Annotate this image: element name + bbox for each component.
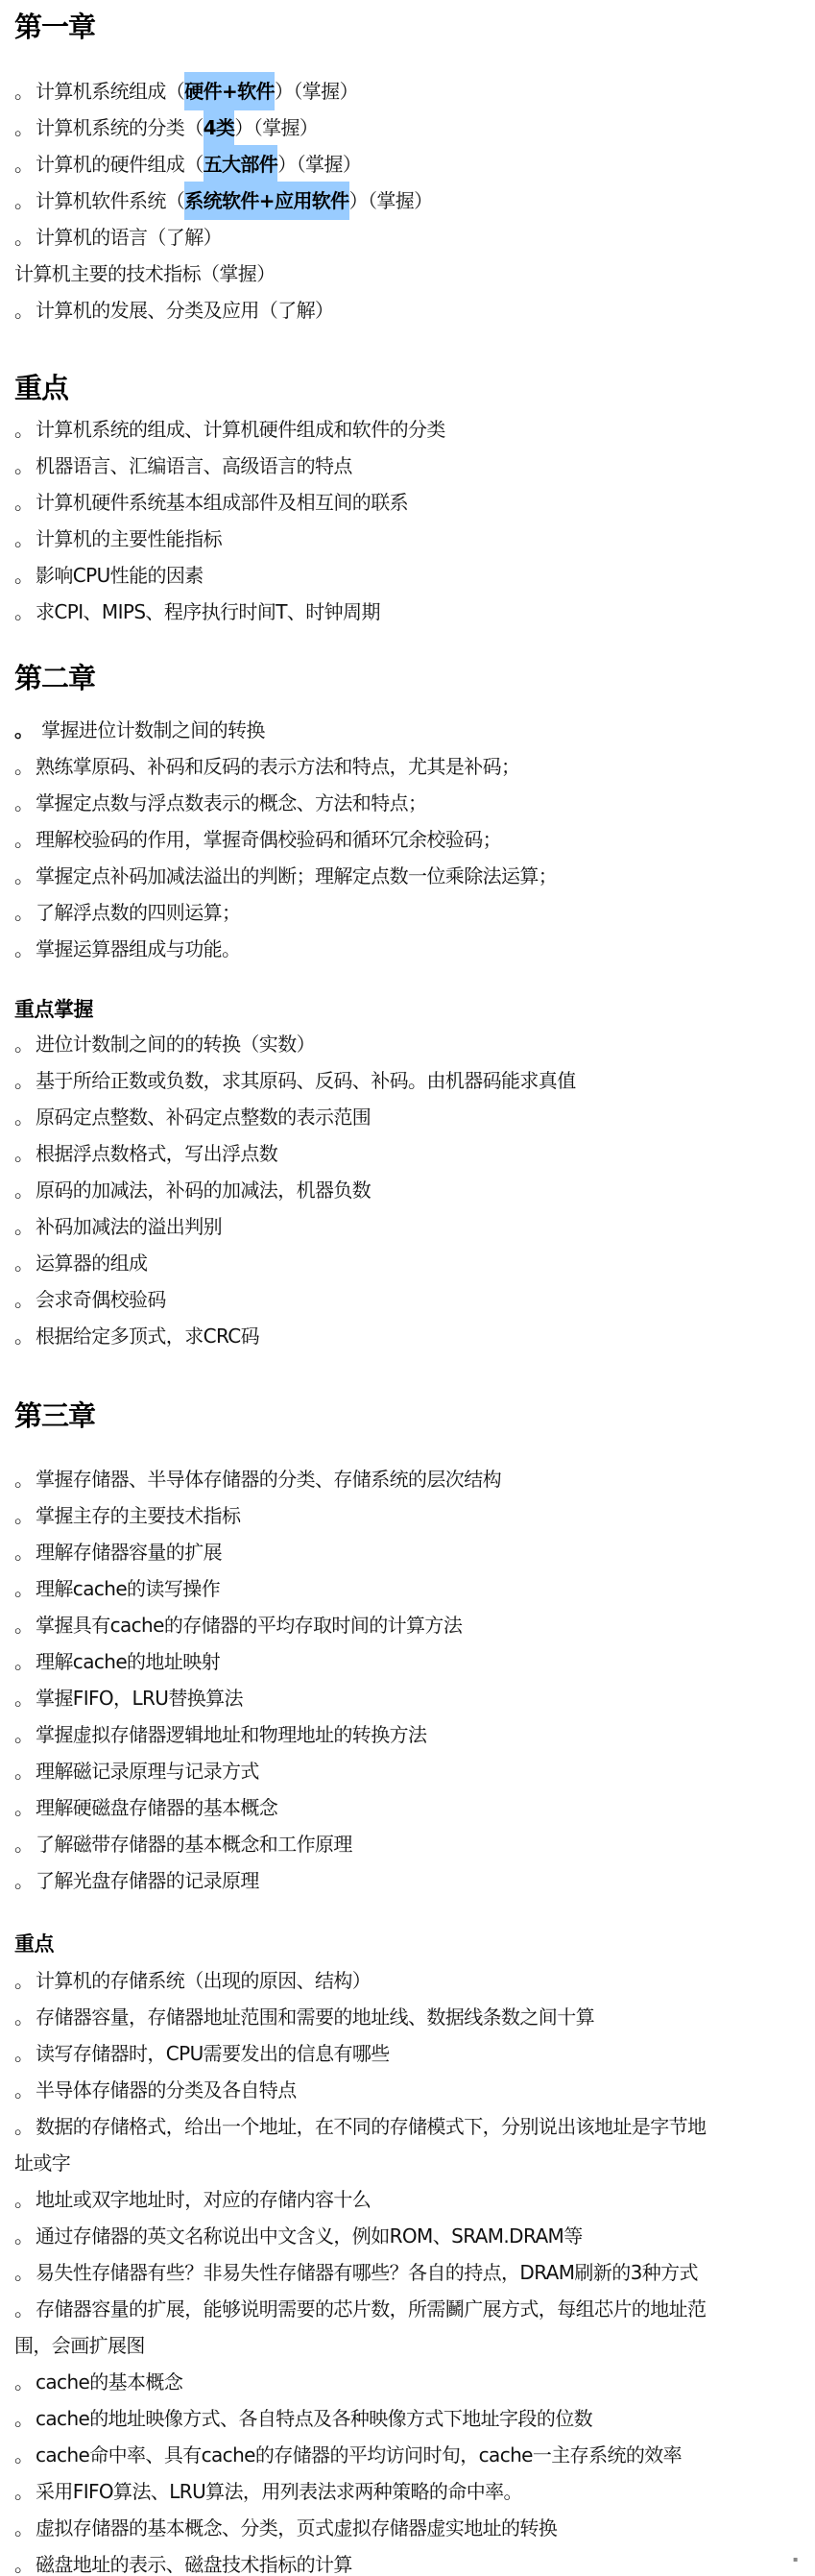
list-item: 。掌握运算器组成与功能。 xyxy=(14,931,805,967)
bullet-icon: 。 xyxy=(14,2400,36,2437)
list-item: 。计算机系统的分类（4类）（掌握） xyxy=(14,109,805,146)
bullet-icon: 。 xyxy=(14,1607,36,1643)
highlighted-text: 系统软件+应用软件 xyxy=(184,182,348,220)
bullet-icon: 。 xyxy=(14,1716,36,1753)
list-item: 。机器语言、汇编语言、高级语言的特点 xyxy=(14,448,805,484)
list-item: 。计算机系统组成（硬件+软件）（掌握） xyxy=(14,73,805,109)
chapter-3-list-section: 。掌握存储器、半导体存储器的分类、存储系统的层次结构 。掌握主存的主要技术指标 … xyxy=(14,1461,805,1899)
bullet-icon: 。 xyxy=(14,1643,36,1680)
bullet-icon: 。 xyxy=(14,1026,36,1062)
list-item: 。了解浮点数的四则运算； xyxy=(14,894,805,931)
list-item: 。掌握具有cache的存储器的平均存取时间的计算方法 xyxy=(14,1607,805,1643)
chapter-1-section: 第一章 xyxy=(14,6,805,48)
bullet-icon: 。 xyxy=(14,2546,36,2576)
list-item: 。存储器容量的扩展，能够说明需要的芯片数，所需鬭广展方式，每组芯片的地址范 xyxy=(14,2291,805,2327)
bullet-icon: 。 xyxy=(14,858,36,894)
highlighted-text: 五大部件 xyxy=(204,145,278,183)
chapter-1-list: 。计算机系统组成（硬件+软件）（掌握） 。计算机系统的分类（4类）（掌握） 。计… xyxy=(14,73,805,328)
chapter-3-list: 。掌握存储器、半导体存储器的分类、存储系统的层次结构 。掌握主存的主要技术指标 … xyxy=(14,1461,805,1899)
list-item: 。理解cache的读写操作 xyxy=(14,1570,805,1607)
list-item: 。存储器容量，存储器地址范围和需要的地址线、数据线条数之间十算 xyxy=(14,1999,805,2035)
bullet-icon: 。 xyxy=(14,411,36,448)
chapter-1-key-points-list: 。计算机系统的组成、计算机硬件组成和软件的分类 。机器语言、汇编语言、高级语言的… xyxy=(14,411,805,630)
list-item: 。求CPI、MIPS、程序执行时间T、时钟周期 xyxy=(14,594,805,630)
list-item: 。理解磁记录原理与记录方式 xyxy=(14,1753,805,1789)
list-item: 。通过存储器的英文名称说出中文含义，例如ROM、SRAM.DRAM等 xyxy=(14,2218,805,2254)
bullet-icon: 。 xyxy=(14,894,36,931)
bullet-icon: 。 xyxy=(14,2218,36,2254)
bullet-icon: 。 xyxy=(14,1318,36,1354)
bullet-icon: 。 xyxy=(14,748,36,785)
bullet-icon: 。 xyxy=(14,2181,36,2218)
list-item: 。半导体存储器的分类及各自特点 xyxy=(14,2072,805,2108)
list-item: 。掌握进位计数制之间的转换 xyxy=(14,712,805,748)
bullet-icon: 。 xyxy=(14,1172,36,1208)
list-item: 。cache的地址映像方式、各自特点及各种映像方式下地址字段的位数 xyxy=(14,2400,805,2437)
list-item: 。地址或双字地址时，对应的存储内容十么 xyxy=(14,2181,805,2218)
list-item: 。基于所给正数或负数，求其原码、反码、补码。由机器码能求真值 xyxy=(14,1062,805,1099)
highlighted-text: 4类 xyxy=(204,109,235,147)
list-item: 计算机主要的技术指标（掌握） xyxy=(14,255,805,292)
bullet-icon: 。 xyxy=(14,146,36,182)
bullet-icon: 。 xyxy=(14,1245,36,1281)
chapter-2-list-section: 。掌握进位计数制之间的转换 。熟练掌原码、补码和反码的表示方法和特点，尤其是补码… xyxy=(14,712,805,967)
highlighted-text: 硬件+软件 xyxy=(184,72,275,110)
watermark-mark: ▪ xyxy=(793,2555,801,2566)
chapter-1-key-points-title: 重点 xyxy=(14,367,805,409)
bullet-icon: 。 xyxy=(14,1208,36,1245)
list-item: 。理解存储器容量的扩展 xyxy=(14,1534,805,1570)
bullet-icon: 。 xyxy=(14,2035,36,2072)
list-item: 。原码的加减法，补码的加减法，机器负数 xyxy=(14,1172,805,1208)
bullet-icon: 。 xyxy=(14,292,36,328)
bullet-icon: 。 xyxy=(14,1135,36,1172)
list-item-continuation: 围，会画扩展图 xyxy=(14,2327,805,2364)
bullet-icon: 。 xyxy=(14,1497,36,1534)
list-item: 。了解磁带存储器的基本概念和工作原理 xyxy=(14,1826,805,1862)
list-item: 。计算机系统的组成、计算机硬件组成和软件的分类 xyxy=(14,411,805,448)
bullet-icon: 。 xyxy=(14,557,36,594)
bullet-icon: 。 xyxy=(14,1862,36,1899)
chapter-2-list: 。掌握进位计数制之间的转换 。熟练掌原码、补码和反码的表示方法和特点，尤其是补码… xyxy=(14,712,805,967)
chapter-2-section: 第二章 xyxy=(14,657,805,699)
list-item: 。掌握主存的主要技术指标 xyxy=(14,1497,805,1534)
list-item: 。掌握定点补码加减法溢出的判断；理解定点数一位乘除法运算； xyxy=(14,858,805,894)
list-item: 。理解cache的地址映射 xyxy=(14,1643,805,1680)
bullet-icon: 。 xyxy=(14,1099,36,1135)
bullet-icon: 。 xyxy=(14,2072,36,2108)
list-item: 。计算机的硬件组成（五大部件）（掌握） xyxy=(14,146,805,182)
list-item: 。虚拟存储器的基本概念、分类，页式虚拟存储器虚实地址的转换 xyxy=(14,2510,805,2546)
chapter-2-key-points-list: 。进位计数制之间的的转换（实数） 。基于所给正数或负数，求其原码、反码、补码。由… xyxy=(14,1026,805,1354)
list-item: 。影响CPU性能的因素 xyxy=(14,557,805,594)
list-item: 。理解校验码的作用，掌握奇偶校验码和循环冗余校验码； xyxy=(14,821,805,858)
chapter-3-key-points-section: 重点 xyxy=(14,1928,805,1960)
list-item: 。计算机的主要性能指标 xyxy=(14,521,805,557)
bullet-icon: 。 xyxy=(14,785,36,821)
bullet-icon: 。 xyxy=(14,1680,36,1716)
bullet-icon: 。 xyxy=(14,1461,36,1497)
bullet-icon: 。 xyxy=(14,2437,36,2473)
list-item: 。会求奇偶校验码 xyxy=(14,1281,805,1318)
list-item: 。补码加减法的溢出判别 xyxy=(14,1208,805,1245)
chapter-2-title: 第二章 xyxy=(14,657,805,699)
chapter-3-key-points-list-section: 。计算机的存储系统（出现的原因、结构） 。存储器容量，存储器地址范围和需要的地址… xyxy=(14,1962,805,2576)
bullet-icon: 。 xyxy=(14,73,36,109)
bullet-icon: 。 xyxy=(14,2364,36,2400)
list-item: 。原码定点整数、补码定点整数的表示范围 xyxy=(14,1099,805,1135)
list-item: 。熟练掌原码、补码和反码的表示方法和特点，尤其是补码； xyxy=(14,748,805,785)
bullet-icon: 。 xyxy=(14,1962,36,1999)
list-item: 。根据给定多顶式，求CRC码 xyxy=(14,1318,805,1354)
bullet-icon: 。 xyxy=(14,1789,36,1826)
bullet-icon: 。 xyxy=(14,712,41,748)
bullet-icon: 。 xyxy=(14,1826,36,1862)
list-item: 。了解光盘存储器的记录原理 xyxy=(14,1862,805,1899)
list-item: 。cache命中率、具有cache的存储器的平均访问时旬，cache一主存系统的… xyxy=(14,2437,805,2473)
list-item: 。掌握存储器、半导体存储器的分类、存储系统的层次结构 xyxy=(14,1461,805,1497)
bullet-icon: 。 xyxy=(14,2473,36,2510)
bullet-icon: 。 xyxy=(14,2108,36,2145)
bullet-icon: 。 xyxy=(14,594,36,630)
list-item: 。读写存储器时，CPU需要发出的信息有哪些 xyxy=(14,2035,805,2072)
chapter-1-key-points-list-section: 。计算机系统的组成、计算机硬件组成和软件的分类 。机器语言、汇编语言、高级语言的… xyxy=(14,411,805,630)
chapter-3-section: 第三章 xyxy=(14,1395,805,1437)
bullet-icon: 。 xyxy=(14,931,36,967)
list-item: 。掌握虚拟存储器逻辑地址和物理地址的转换方法 xyxy=(14,1716,805,1753)
chapter-3-title: 第三章 xyxy=(14,1395,805,1437)
list-item: 。计算机硬件系统基本组成部件及相互间的联系 xyxy=(14,484,805,521)
bullet-icon: 。 xyxy=(14,1281,36,1318)
bullet-icon: 。 xyxy=(14,1570,36,1607)
bullet-icon: 。 xyxy=(14,182,36,219)
chapter-3-key-points-title: 重点 xyxy=(14,1928,805,1960)
list-item: 。易失性存储器有些？非易失性存储器有哪些？各自的持点，DRAM刷新的3种方式 xyxy=(14,2254,805,2291)
bullet-icon: 。 xyxy=(14,821,36,858)
bullet-icon: 。 xyxy=(14,521,36,557)
list-item: 。计算机的发展、分类及应用（了解） xyxy=(14,292,805,328)
bullet-icon: 。 xyxy=(14,484,36,521)
bullet-icon: 。 xyxy=(14,448,36,484)
bullet-icon: 。 xyxy=(14,2291,36,2327)
list-item: 。掌握定点数与浮点数表示的概念、方法和特点； xyxy=(14,785,805,821)
list-item: 。运算器的组成 xyxy=(14,1245,805,1281)
bullet-icon: 。 xyxy=(14,2254,36,2291)
list-item: 。计算机的存储系统（出现的原因、结构） xyxy=(14,1962,805,1999)
list-item: 。计算机软件系统（系统软件+应用软件）（掌握） xyxy=(14,182,805,219)
list-item: 。掌握FIFO，LRU替换算法 xyxy=(14,1680,805,1716)
list-item: 。理解硬磁盘存储器的基本概念 xyxy=(14,1789,805,1826)
chapter-1-list-section: 。计算机系统组成（硬件+软件）（掌握） 。计算机系统的分类（4类）（掌握） 。计… xyxy=(14,73,805,328)
bullet-icon: 。 xyxy=(14,2510,36,2546)
bullet-icon: 。 xyxy=(14,219,36,255)
list-item: 。采用FIFO算法、LRU算法，用列表法求两种策略的命中率。 xyxy=(14,2473,805,2510)
chapter-2-key-points-section: 重点掌握 xyxy=(14,993,805,1026)
bullet-icon: 。 xyxy=(14,1753,36,1789)
list-item: 。根据浮点数格式，写出浮点数 xyxy=(14,1135,805,1172)
list-item: 。数据的存储格式，给出一个地址，在不同的存储模式下，分别说出该地址是字节地 xyxy=(14,2108,805,2145)
bullet-icon: 。 xyxy=(14,1999,36,2035)
chapter-3-key-points-list: 。计算机的存储系统（出现的原因、结构） 。存储器容量，存储器地址范围和需要的地址… xyxy=(14,1962,805,2576)
list-item: 。cache的基本概念 xyxy=(14,2364,805,2400)
bullet-icon: 。 xyxy=(14,109,36,146)
chapter-1-title: 第一章 xyxy=(14,6,805,48)
bullet-icon: 。 xyxy=(14,1534,36,1570)
list-item-continuation: 址或字 xyxy=(14,2145,805,2181)
chapter-2-key-points-list-section: 。进位计数制之间的的转换（实数） 。基于所给正数或负数，求其原码、反码、补码。由… xyxy=(14,1026,805,1354)
bullet-icon: 。 xyxy=(14,1062,36,1099)
chapter-2-key-points-title: 重点掌握 xyxy=(14,993,805,1026)
list-item: 。计算机的语言（了解） xyxy=(14,219,805,255)
chapter-1-key-points-section: 重点 xyxy=(14,367,805,409)
list-item: 。磁盘地址的表示、磁盘技术指标的计算 xyxy=(14,2546,805,2576)
list-item: 。进位计数制之间的的转换（实数） xyxy=(14,1026,805,1062)
